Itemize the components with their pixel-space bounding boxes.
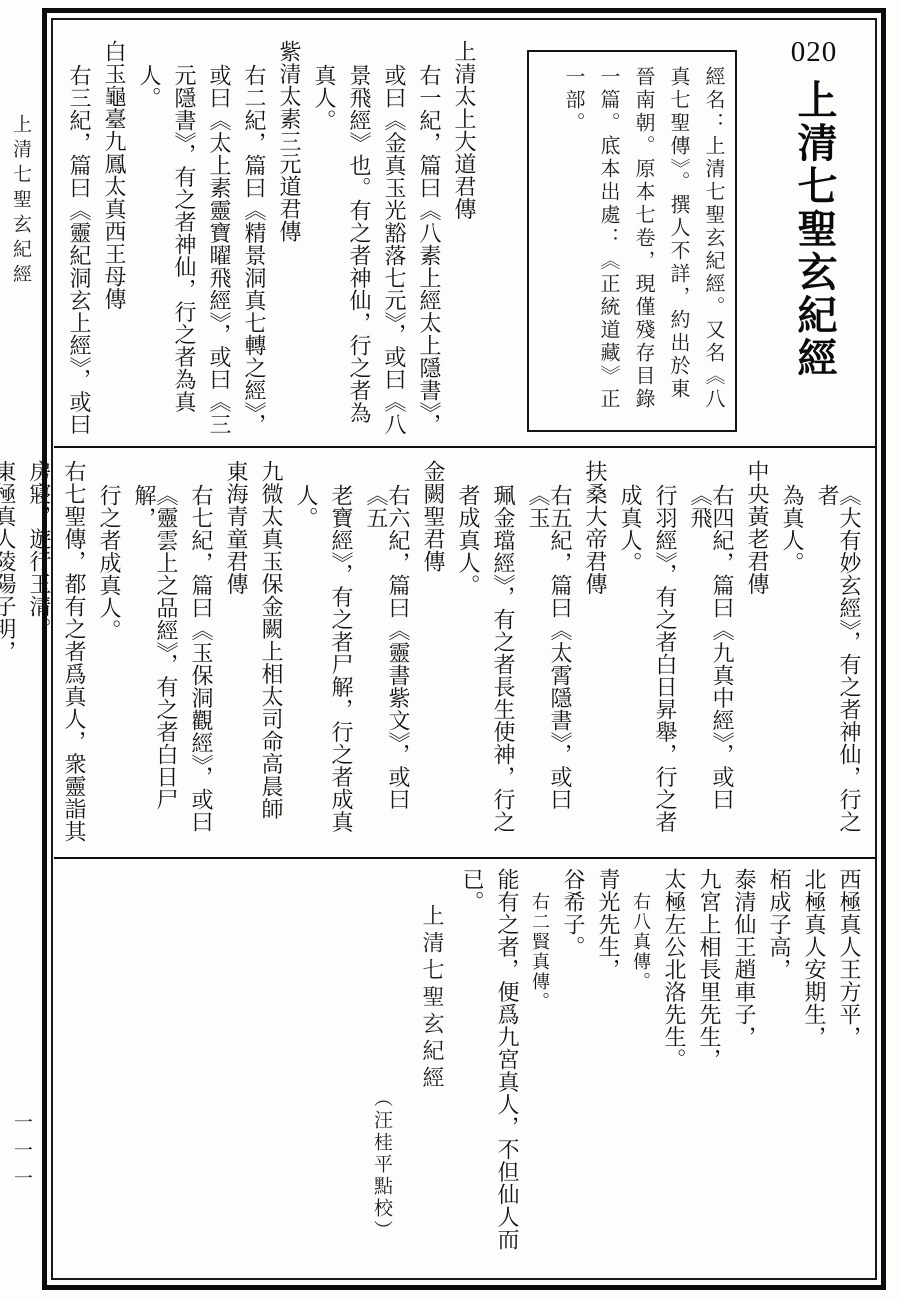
text-column-body: 行之者成真人。 — [98, 460, 120, 855]
text-column-flush: 能有之者，便爲九宮真人，不但仙人而 — [496, 868, 518, 1274]
text-column-flush: 北極真人安期生， — [803, 868, 825, 1274]
text-column-body: 右六紀，篇曰《靈書紫文》，或曰《五 — [365, 460, 409, 855]
text-column-colophon: （汪桂平點校） — [372, 868, 391, 1274]
text-column-body: 真人。 — [313, 40, 335, 444]
scanned-book-page: { "page": { "edition_label": "上清七聖玄紀經", … — [0, 0, 900, 1300]
page-number: 一一一 — [12, 1112, 31, 1196]
header-title-block: 020 上清七聖玄紀經 — [752, 36, 876, 380]
text-column-heading: 九微太真玉保金闕上相太司命高晨師 — [260, 460, 282, 855]
text-column-body: 右四紀，篇曰《九真中經》，或曰《飛 — [689, 460, 733, 855]
text-column: 晉南朝。原本七卷，現僅殘存目錄 — [632, 66, 653, 418]
text-column-body: 右五紀，篇曰《太霄隱書》，或曰《玉 — [527, 460, 571, 855]
text-column-flush: 房寢，遊行玉清。 — [28, 460, 50, 855]
text-column-body: 《靈雲上之品經》，有之者白日尸解， — [133, 460, 177, 855]
text-column-body: 為真人。 — [781, 460, 803, 855]
text-column-heading: 東海青童君傳 — [225, 460, 247, 855]
page-title: 上清七聖玄紀經 — [794, 79, 834, 380]
spine-title: 上清七聖玄紀經 — [11, 114, 30, 289]
text-column-body: 或曰《太上素靈寶曜飛經》，或曰《三 — [208, 40, 230, 444]
text-column-body: 人。 — [295, 460, 317, 855]
text-column: 經名：上清七聖玄紀經。又名《八 — [702, 66, 723, 418]
text-column-heading: 上清太上大道君傳 — [453, 40, 475, 444]
text-column-heading: 扶桑大帝君傳 — [584, 460, 606, 855]
text-column-body: 右三紀，篇曰《靈紀洞玄上經》，或曰 — [68, 40, 90, 444]
text-column: 一部。 — [562, 66, 583, 418]
text-column-body: 右二紀，篇曰《精景洞真七轉之經》， — [243, 40, 265, 444]
text-column-flush: 九宮上相長里先生， — [698, 868, 720, 1274]
section-divider-top — [54, 446, 876, 448]
text-column-body: 成真人。 — [619, 460, 641, 855]
text-column-flush: 東極真人陵陽子明， — [0, 460, 15, 855]
text-column: 真七聖傳》。撰人不詳，約出於東 — [667, 66, 688, 418]
text-column-endtitle: 上清七聖玄紀經 — [421, 868, 443, 1274]
text-column-flush: 右七聖傳，都有之者爲真人，衆靈詣其 — [63, 460, 85, 855]
text-column-flush: 已。 — [461, 868, 483, 1274]
text-column-heading: 中央黃老君傳 — [746, 460, 768, 855]
section-middle-text: 《大有妙玄經》，有之者神仙，行之者為真人。中央黃老君傳右四紀，篇曰《九真中經》，… — [60, 460, 860, 855]
text-column-body: 右一紀，篇曰《八素上經太上隱書》， — [418, 40, 440, 444]
text-column-flush: 栢成子高， — [768, 868, 790, 1274]
section-divider-bottom — [54, 857, 876, 859]
text-column-body: 《大有妙玄經》，有之者神仙，行之者 — [816, 460, 860, 855]
text-column-body: 行羽經》，有之者白日昇舉，行之者 — [654, 460, 676, 855]
text-column-body: 景飛經》也。有之者神仙，行之者為 — [348, 40, 370, 444]
text-column-body: 人。 — [138, 40, 160, 444]
text-column-body: 右七紀，篇曰《玉保洞觀經》，或曰 — [190, 460, 212, 855]
catalog-number: 020 — [752, 36, 876, 69]
text-column-flush: 西極真人王方平， — [838, 868, 860, 1274]
text-column-flush: 太極左公北洛先生。 — [663, 868, 685, 1274]
abstract-box: 經名：上清七聖玄紀經。又名《八真七聖傳》。撰人不詳，約出於東晉南朝。原本七卷，現… — [527, 50, 737, 432]
text-column-heading: 紫清太素三元道君傳 — [278, 40, 300, 444]
text-column-body: 或曰《金真玉光豁落七元》，或曰《八 — [383, 40, 405, 444]
text-column-flush: 谷希子。 — [562, 868, 584, 1274]
text-column-body: 老寶經》，有之者尸解，行之者成真 — [330, 460, 352, 855]
abstract-text: 經名：上清七聖玄紀經。又名《八真七聖傳》。撰人不詳，約出於東晉南朝。原本七卷，現… — [537, 66, 723, 418]
text-column-body: 元隱書》，有之者神仙，行之者為真 — [173, 40, 195, 444]
text-column-flush: 青光先生， — [597, 868, 619, 1274]
text-column-body: 者成真人。 — [457, 460, 479, 855]
text-column-flush: 泰清仙王趙車子， — [733, 868, 755, 1274]
text-column: 一篇。底本出處：《正統道藏》正 — [597, 66, 618, 418]
text-column-note: 右二賢真傳。 — [531, 868, 549, 1274]
text-column-heading: 金闕聖君傳 — [422, 460, 444, 855]
text-column-heading: 白玉龜臺九鳳太真西王母傳 — [103, 40, 125, 444]
text-column-body: 珮金璫經》，有之者長生使神，行之 — [492, 460, 514, 855]
section-top-text: 上清太上大道君傳右一紀，篇曰《八素上經太上隱書》，或曰《金真玉光豁落七元》，或曰… — [55, 40, 475, 444]
text-column-note: 右八真傳。 — [632, 868, 650, 1274]
section-bottom-text: 西極真人王方平，北極真人安期生，栢成子高，泰清仙王趙車子，九宮上相長里先生，太極… — [60, 868, 860, 1274]
